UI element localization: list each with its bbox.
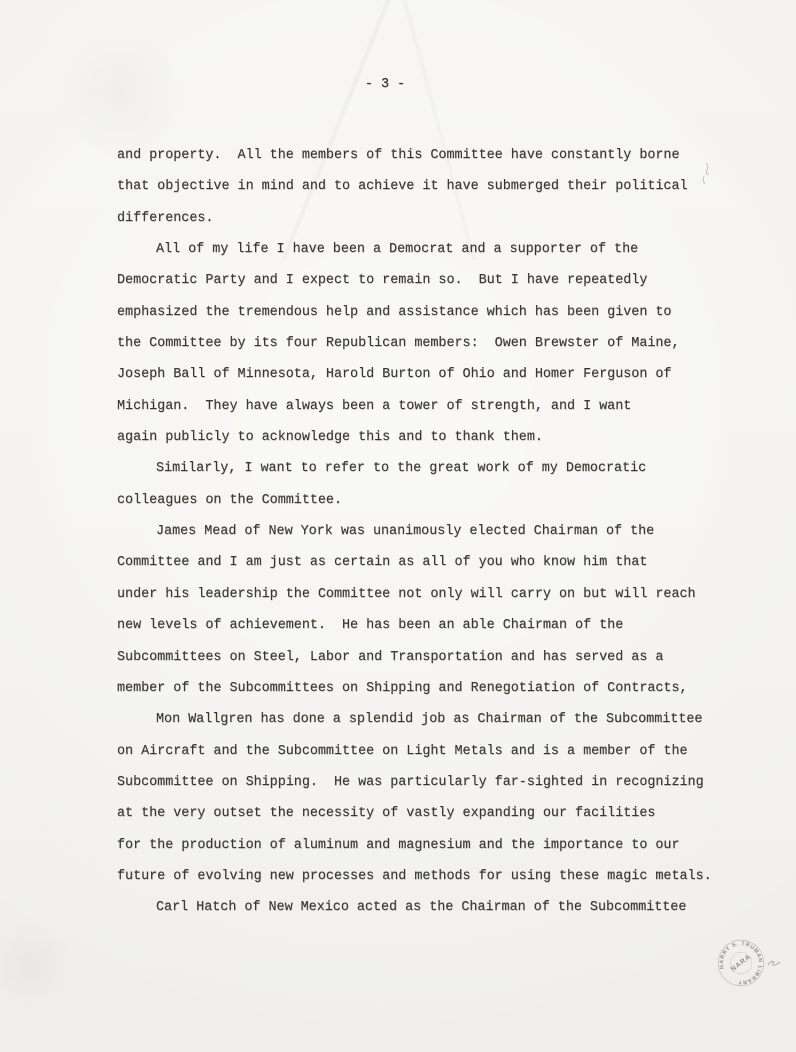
typed-lines: and property. All the members of this Co… bbox=[117, 140, 717, 924]
typed-line: again publicly to acknowledge this and t… bbox=[117, 422, 717, 453]
typed-line: James Mead of New York was unanimously e… bbox=[117, 516, 717, 547]
typed-line: Democratic Party and I expect to remain … bbox=[117, 265, 717, 296]
archive-stamp: HARRY S. TRUMAN LIBRARY NARA bbox=[704, 926, 778, 1000]
document-page: - 3 - and property. All the members of t… bbox=[0, 0, 796, 1052]
typed-line: emphasized the tremendous help and assis… bbox=[117, 297, 717, 328]
typed-line: on Aircraft and the Subcommittee on Ligh… bbox=[117, 736, 717, 767]
typed-line: member of the Subcommittees on Shipping … bbox=[117, 673, 717, 704]
typed-line: at the very outset the necessity of vast… bbox=[117, 798, 717, 829]
typed-line: All of my life I have been a Democrat an… bbox=[117, 234, 717, 265]
typed-line: Michigan. They have always been a tower … bbox=[117, 391, 717, 422]
typed-line: Subcommittee on Shipping. He was particu… bbox=[117, 767, 717, 798]
typed-line: under his leadership the Committee not o… bbox=[117, 579, 717, 610]
typed-line: differences. bbox=[117, 203, 717, 234]
typed-line: Joseph Ball of Minnesota, Harold Burton … bbox=[117, 359, 717, 390]
typed-line: Subcommittees on Steel, Labor and Transp… bbox=[117, 642, 717, 673]
typed-line: Carl Hatch of New Mexico acted as the Ch… bbox=[117, 892, 717, 923]
typed-line: new levels of achievement. He has been a… bbox=[117, 610, 717, 641]
page-number: - 3 - bbox=[0, 77, 770, 92]
typed-line: Committee and I am just as certain as al… bbox=[117, 547, 717, 578]
typed-line: for the production of aluminum and magne… bbox=[117, 830, 717, 861]
typed-line: the Committee by its four Republican mem… bbox=[117, 328, 717, 359]
typed-line: Similarly, I want to refer to the great … bbox=[117, 453, 717, 484]
typed-line: colleagues on the Committee. bbox=[117, 485, 717, 516]
typed-line: that objective in mind and to achieve it… bbox=[117, 171, 717, 202]
typed-line: future of evolving new processes and met… bbox=[117, 861, 717, 892]
typed-line: and property. All the members of this Co… bbox=[117, 140, 717, 171]
typed-line: Mon Wallgren has done a splendid job as … bbox=[117, 704, 717, 735]
